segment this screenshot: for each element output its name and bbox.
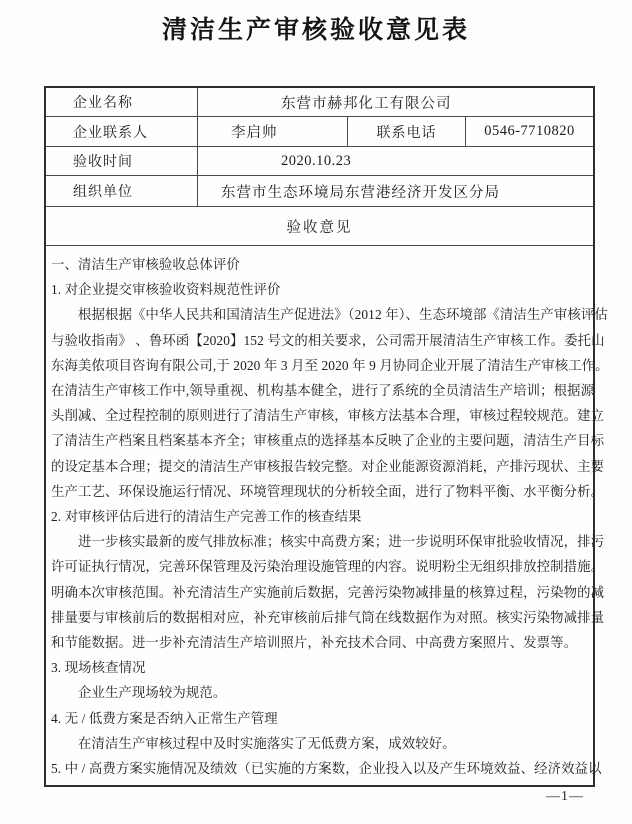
company-name-label: 企业名称 <box>46 88 198 116</box>
acceptance-form-table: 企业名称 东营市赫邦化工有限公司 企业联系人 李启帅 联系电话 0546-771… <box>44 86 595 787</box>
opinion-line: 和节能数据。进一步补充清洁生产培训照片，补充技术合同、中高费方案照片、发票等。 <box>51 630 588 655</box>
opinion-line: 生产工艺、环保设施运行情况、环境管理现状的分析较全面，进行了物料平衡、水平衡分析… <box>51 479 588 504</box>
contact-label: 企业联系人 <box>46 117 198 146</box>
page-title: 清洁生产审核验收意见表 <box>0 10 632 46</box>
opinion-line: 2. 对审核评估后进行的清洁生产完善工作的核查结果 <box>51 504 588 529</box>
opinion-line: 与验收指南》 、鲁环函【2020】152 号文的相关要求，公司需开展清洁生产审核… <box>51 328 588 353</box>
opinion-body-cell: 一、清洁生产审核验收总体评价1. 对企业提交审核验收资料规范性评价 根据根据《中… <box>46 245 593 785</box>
opinion-line: 4. 无 / 低费方案是否纳入正常生产管理 <box>51 706 588 731</box>
opinion-body: 一、清洁生产审核验收总体评价1. 对企业提交审核验收资料规范性评价 根据根据《中… <box>51 252 588 781</box>
contact-value: 李启帅 <box>198 117 348 146</box>
opinion-line: 一、清洁生产审核验收总体评价 <box>51 252 588 277</box>
opinion-header-row: 验收意见 <box>46 206 593 245</box>
phone-value: 0546-7710820 <box>466 117 593 146</box>
opinion-line: 3. 现场核查情况 <box>51 655 588 680</box>
scanned-document-page: 清洁生产审核验收意见表 企业名称 东营市赫邦化工有限公司 企业联系人 李启帅 联… <box>0 0 632 824</box>
contact-row: 企业联系人 李启帅 联系电话 0546-7710820 <box>46 116 593 146</box>
opinion-line: 在清洁生产审核工作中,领导重视、机构基本健全，进行了系统的全员清洁生产培训；根据… <box>51 378 588 403</box>
acceptance-date-value: 2020.10.23 <box>198 147 593 175</box>
opinion-line: 了清洁生产档案且档案基本齐全；审核重点的选择基本反映了企业的主要问题，清洁生产目… <box>51 428 588 453</box>
opinion-line: 1. 对企业提交审核验收资料规范性评价 <box>51 277 588 302</box>
opinion-line: 的设定基本合理；提交的清洁生产审核报告较完整。对企业能源资源消耗，产排污现状、主… <box>51 454 588 479</box>
opinion-header-label: 验收意见 <box>287 216 353 237</box>
company-name-value: 东营市赫邦化工有限公司 <box>198 88 593 116</box>
opinion-line: 5. 中 / 高费方案实施情况及绩效（已实施的方案数，企业投入以及产生环境效益、… <box>51 756 588 781</box>
company-name-row: 企业名称 东营市赫邦化工有限公司 <box>46 88 593 116</box>
organizer-row: 组织单位 东营市生态环境局东营港经济开发区分局 <box>46 175 593 206</box>
acceptance-date-row: 验收时间 2020.10.23 <box>46 146 593 175</box>
opinion-line: 明确本次审核范围。补充清洁生产实施前后数据，完善污染物减排量的核算过程，污染物的… <box>51 580 588 605</box>
organizer-label: 组织单位 <box>46 176 198 206</box>
opinion-line: 许可证执行情况，完善环保管理及污染治理设施管理的内容。说明粉尘无组织排放控制措施… <box>51 554 588 579</box>
opinion-line: 头削减、全过程控制的原则进行了清洁生产审核，审核方法基本合理，审核过程较规范。建… <box>51 403 588 428</box>
acceptance-date-label: 验收时间 <box>46 147 198 175</box>
phone-label: 联系电话 <box>348 117 466 146</box>
opinion-line: 根据根据《中华人民共和国清洁生产促进法》（2012 年）、生态环境部《清洁生产审… <box>51 302 588 327</box>
page-number: —1— <box>546 789 584 805</box>
opinion-line: 企业生产现场较为规范。 <box>51 680 588 705</box>
opinion-line: 进一步核实最新的废气排放标准；核实中高费方案；进一步说明环保审批验收情况，排污 <box>51 529 588 554</box>
organizer-value: 东营市生态环境局东营港经济开发区分局 <box>198 176 593 206</box>
opinion-line: 排量要与审核前后的数据相对应，补充审核前后排气筒在线数据作为对照。核实污染物减排… <box>51 605 588 630</box>
opinion-line: 在清洁生产审核过程中及时实施落实了无低费方案，成效较好。 <box>51 731 588 756</box>
opinion-line: 东海美侬项目咨询有限公司,于 2020 年 3 月至 2020 年 9 月协同企… <box>51 353 588 378</box>
